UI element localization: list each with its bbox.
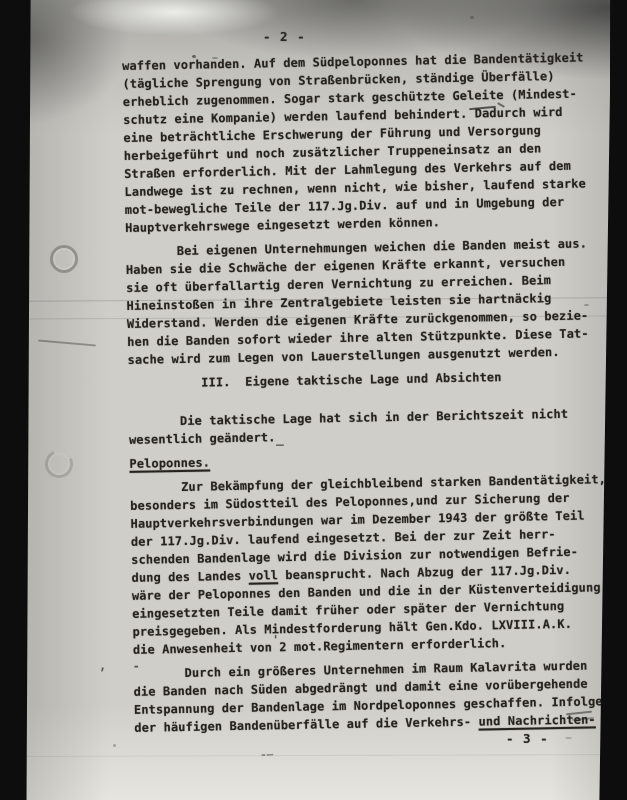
text-block-paragraph: Zur Bekämpfung der gleichbleibend starke… [130,470,611,659]
text-block-subheading: Peloponnes. [129,446,607,473]
caret-annotation-mark: ' [272,633,279,647]
bottom-fold-mark: -— [260,748,274,762]
text-line: Peloponnes. [129,446,607,473]
ink-speck [470,16,474,19]
text-block-paragraph: Durch ein größeres Unternehmen im Raum K… [133,656,612,737]
text-block-paragraph: waffen vorhanden. Auf dem Südpeloponnes … [122,48,603,237]
punch-hole [50,245,78,273]
document-text: waffen vorhanden. Auf dem Südpeloponnes … [122,48,612,743]
page-number-top: - 2 - [263,29,306,44]
text-block-heading: III. Eigene taktische Lage und Absichten [128,366,606,393]
text-line: III. Eigene taktische Lage und Absichten [128,366,606,393]
margin-annotation-mark: , - [99,659,144,673]
ink-speck [565,737,572,739]
text-block-paragraph: Bei eigenen Unternehmungen weichen die B… [125,234,605,369]
scanned-document-photo: - 2 - - 3 - waffen vorhanden. Auf dem Sü… [0,0,627,800]
ink-speck [113,744,116,747]
dash-annotation-mark: — [276,438,284,453]
text-block-paragraph: Die taktische Lage hat sich in der Beric… [129,404,608,449]
